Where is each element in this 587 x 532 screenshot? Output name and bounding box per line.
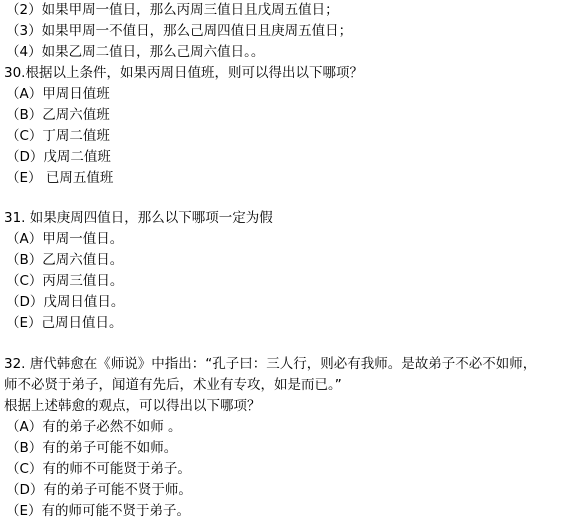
question-32-option-a: （A）有的弟子必然不如师 。 [6,417,182,438]
question-32-stem-line2: 师不必贤于弟子，闻道有先后，术业有专攻，如是而已。” [4,375,342,396]
question-30-stem: 30.根据以上条件，如果丙周日值班，则可以得出以下哪项？ [4,63,363,84]
question-30-option-b: （B）乙周六值班 [6,105,110,126]
question-31-option-c: （C）丙周三值日。 [6,271,123,292]
question-32-option-b: （B）有的弟子可能不如师。 [6,438,177,459]
condition-2: （2）如果甲周一值日，那么丙周三值日且戊周五值日； [6,0,339,21]
question-31-stem: 31. 如果庚周四值日，那么以下哪项一定为假 [4,208,273,229]
question-31-option-d: （D）戊周日值日。 [6,292,124,313]
question-30-option-c: （C）丁周二值班 [6,126,110,147]
condition-4: （4）如果乙周二值日，那么己周六值日。。 [6,42,264,63]
question-30-option-d: （D）戊周二值班 [6,147,111,168]
question-32-stem-line1: 32. 唐代韩愈在《师说》中指出：“孔子曰：三人行，则必有我师。是故弟子不必不如… [4,354,536,375]
question-32-option-e: （E）有的师可能不贤于弟子。 [6,501,190,522]
question-30-option-a: （A）甲周日值班 [6,84,110,105]
question-32-stem-line3: 根据上述韩愈的观点，可以得出以下哪项？ [4,396,261,417]
question-31-option-b: （B）乙周六值日。 [6,250,123,271]
question-31-option-a: （A）甲周一值日。 [6,229,123,250]
question-30-option-e: （E） 已周五值班 [6,168,113,189]
condition-3: （3）如果甲周一不值日，那么己周四值日且庚周五值日； [6,21,352,42]
question-31-option-e: （E）己周日值日。 [6,313,123,334]
document-page: （2）如果甲周一值日，那么丙周三值日且戊周五值日； （3）如果甲周一不值日，那么… [0,0,587,532]
question-32-option-c: （C）有的师不可能贤于弟子。 [6,459,191,480]
question-32-option-d: （D）有的弟子可能不贤于师。 [6,480,192,501]
